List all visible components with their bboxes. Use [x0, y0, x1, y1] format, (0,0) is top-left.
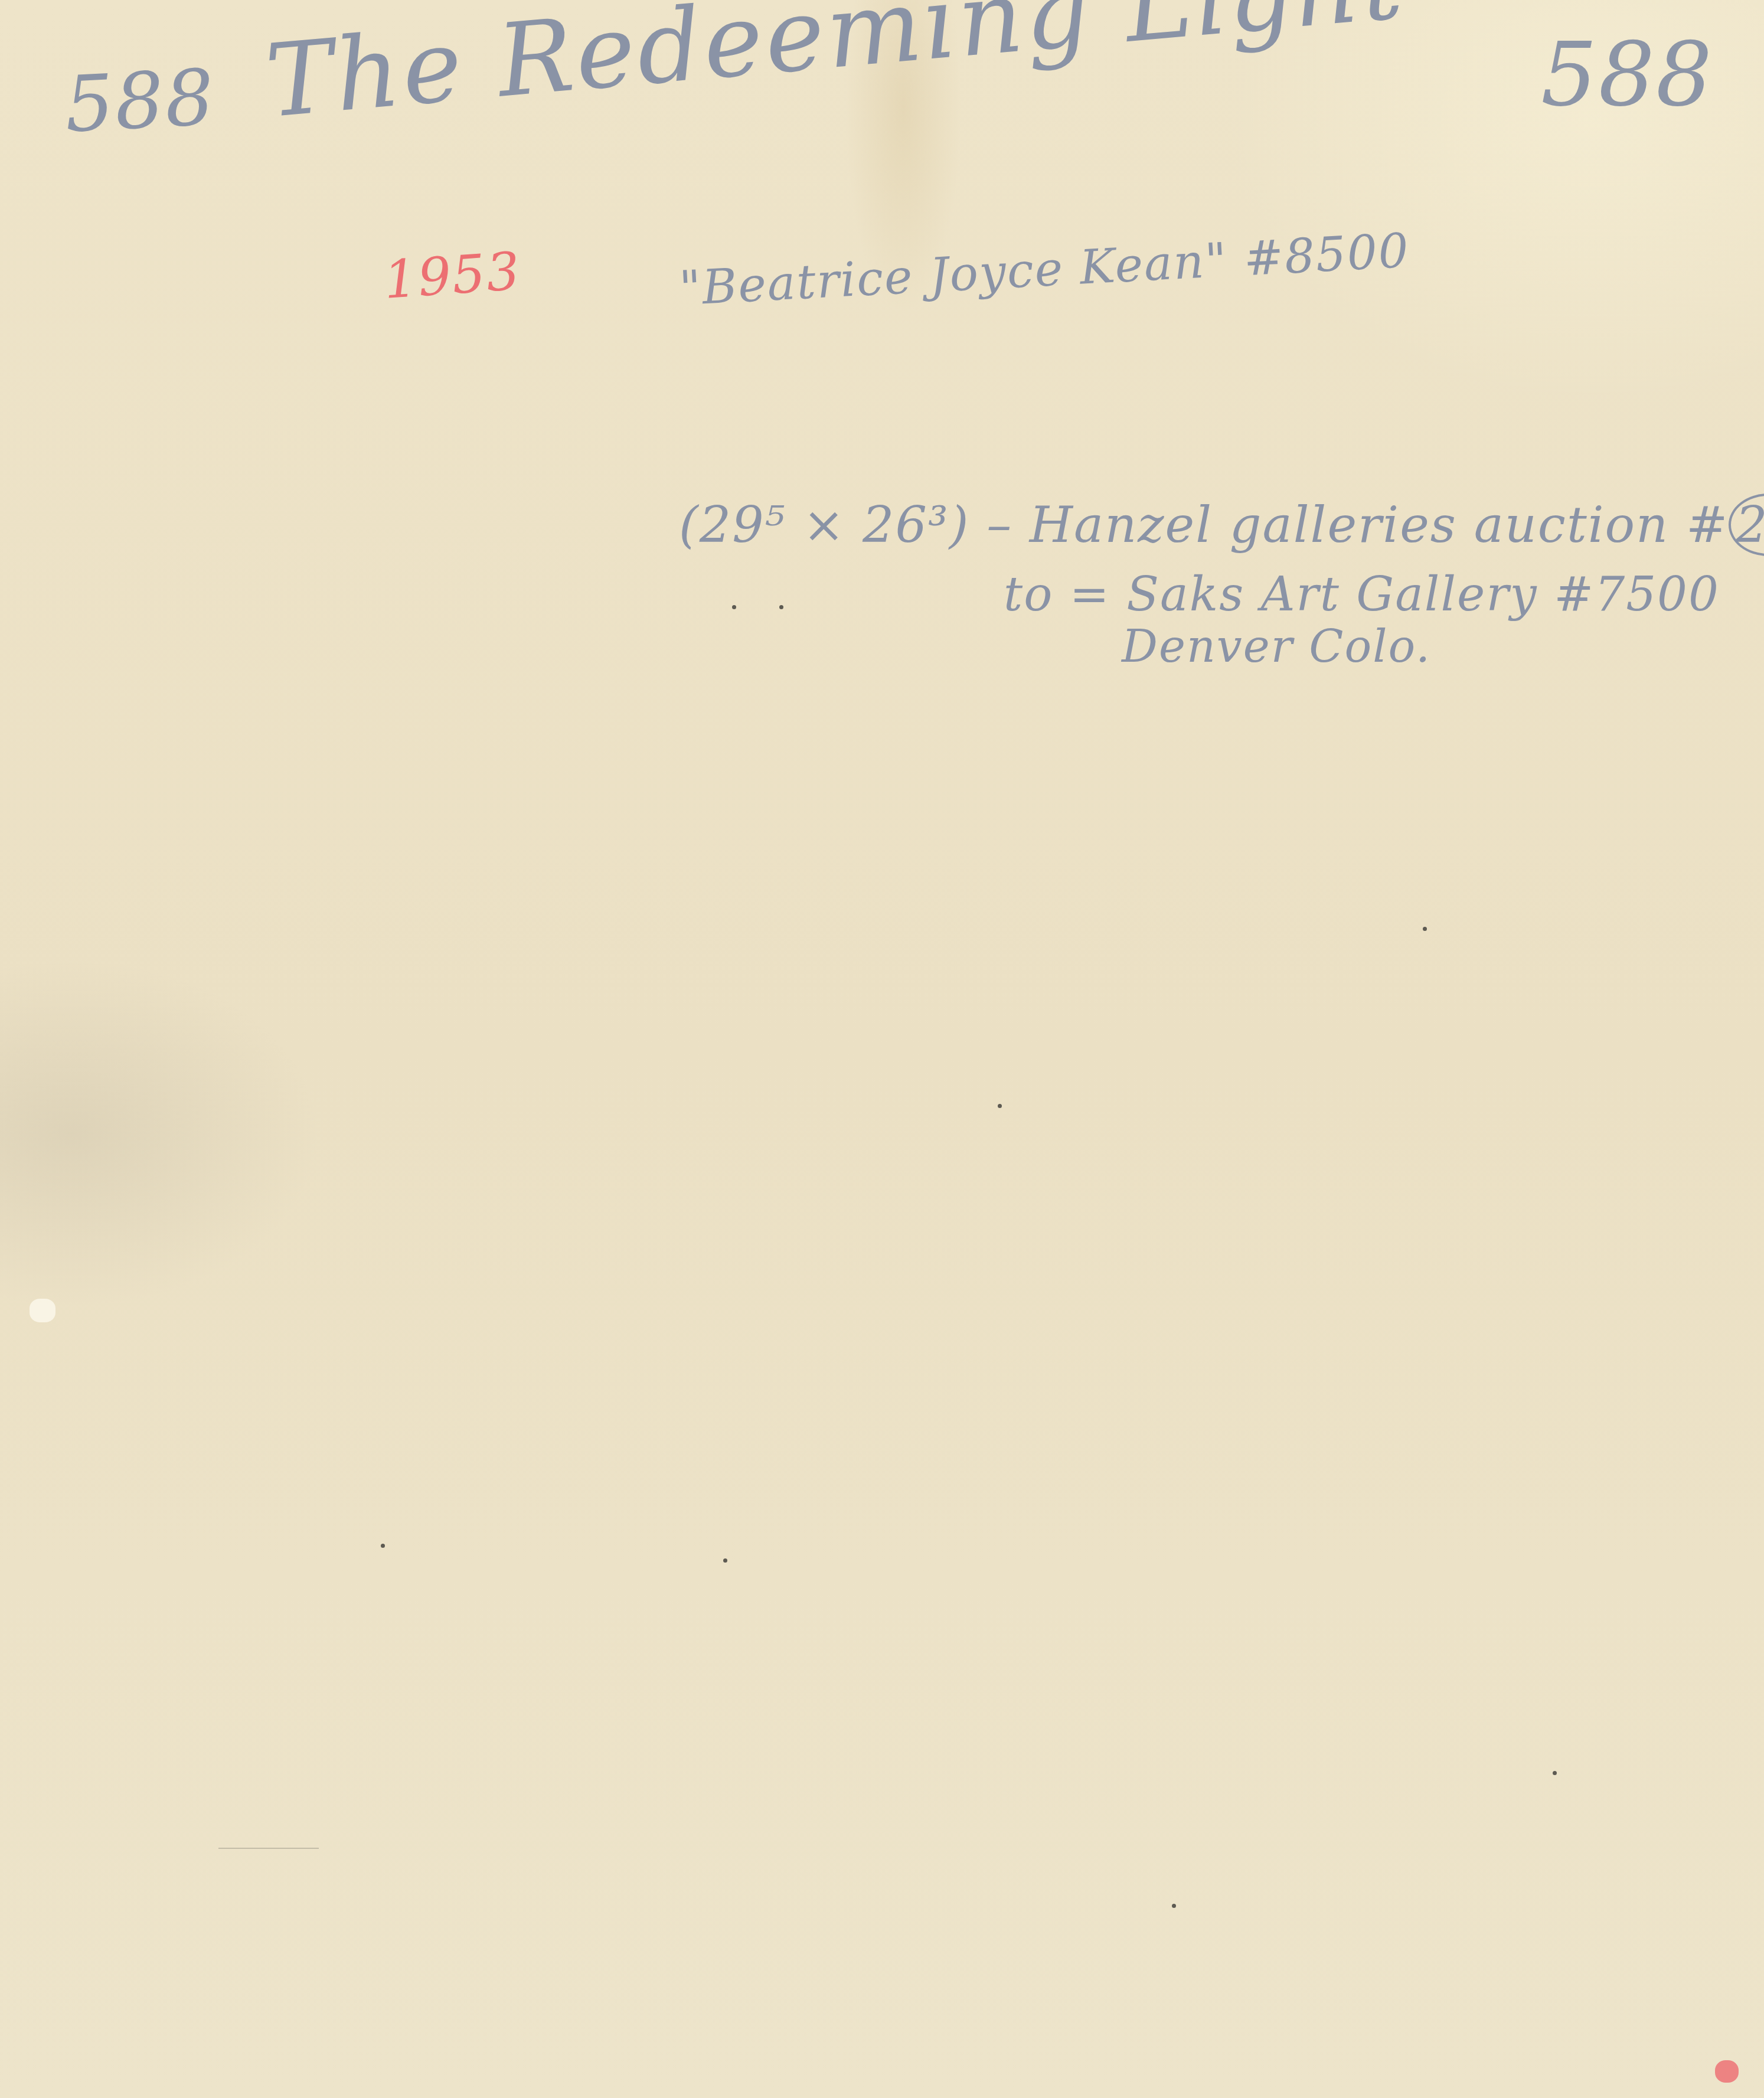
pencil-dot	[1423, 927, 1427, 931]
year-red-pencil: 1953	[382, 240, 523, 311]
catalog-number: 588	[63, 52, 217, 149]
buyer-location: Denver Colo.	[1122, 620, 1431, 672]
provenance-line-auction: (29⁵ × 26³) – Hanzel galleries auction #…	[679, 496, 1764, 554]
buyer: to = Saks Art Gallery	[1004, 567, 1538, 622]
auction-house: – Hanzel galleries auction #	[986, 496, 1729, 554]
paper-blemish	[30, 1299, 55, 1322]
corner-catalog-number: 588	[1541, 24, 1713, 126]
pencil-dot	[1172, 1904, 1176, 1908]
pencil-dot	[1553, 1771, 1557, 1775]
owner-price: #8500	[1243, 223, 1411, 287]
pencil-dot	[723, 1558, 727, 1563]
pencil-dot	[732, 605, 736, 609]
provenance-line-buyer: to = Saks Art Gallery #7500	[1004, 567, 1720, 622]
pencil-dot	[998, 1104, 1002, 1108]
artwork-title: The Redeeming Light	[262, 0, 1409, 140]
owner-name: "Beatrice Joyce Kean"	[678, 233, 1229, 316]
pencil-dot	[381, 1544, 385, 1548]
sale-price: #7500	[1554, 567, 1720, 622]
provenance-line-location: Denver Colo.	[1122, 620, 1431, 672]
dimensions: (29⁵ × 26³)	[679, 496, 969, 554]
red-mark	[1715, 2060, 1739, 2083]
owner-line: "Beatrice Joyce Kean" #8500	[678, 223, 1410, 316]
auction-lot-circled: 27	[1729, 494, 1764, 556]
faint-pencil-line	[218, 1848, 319, 1849]
pencil-dot	[779, 605, 783, 609]
